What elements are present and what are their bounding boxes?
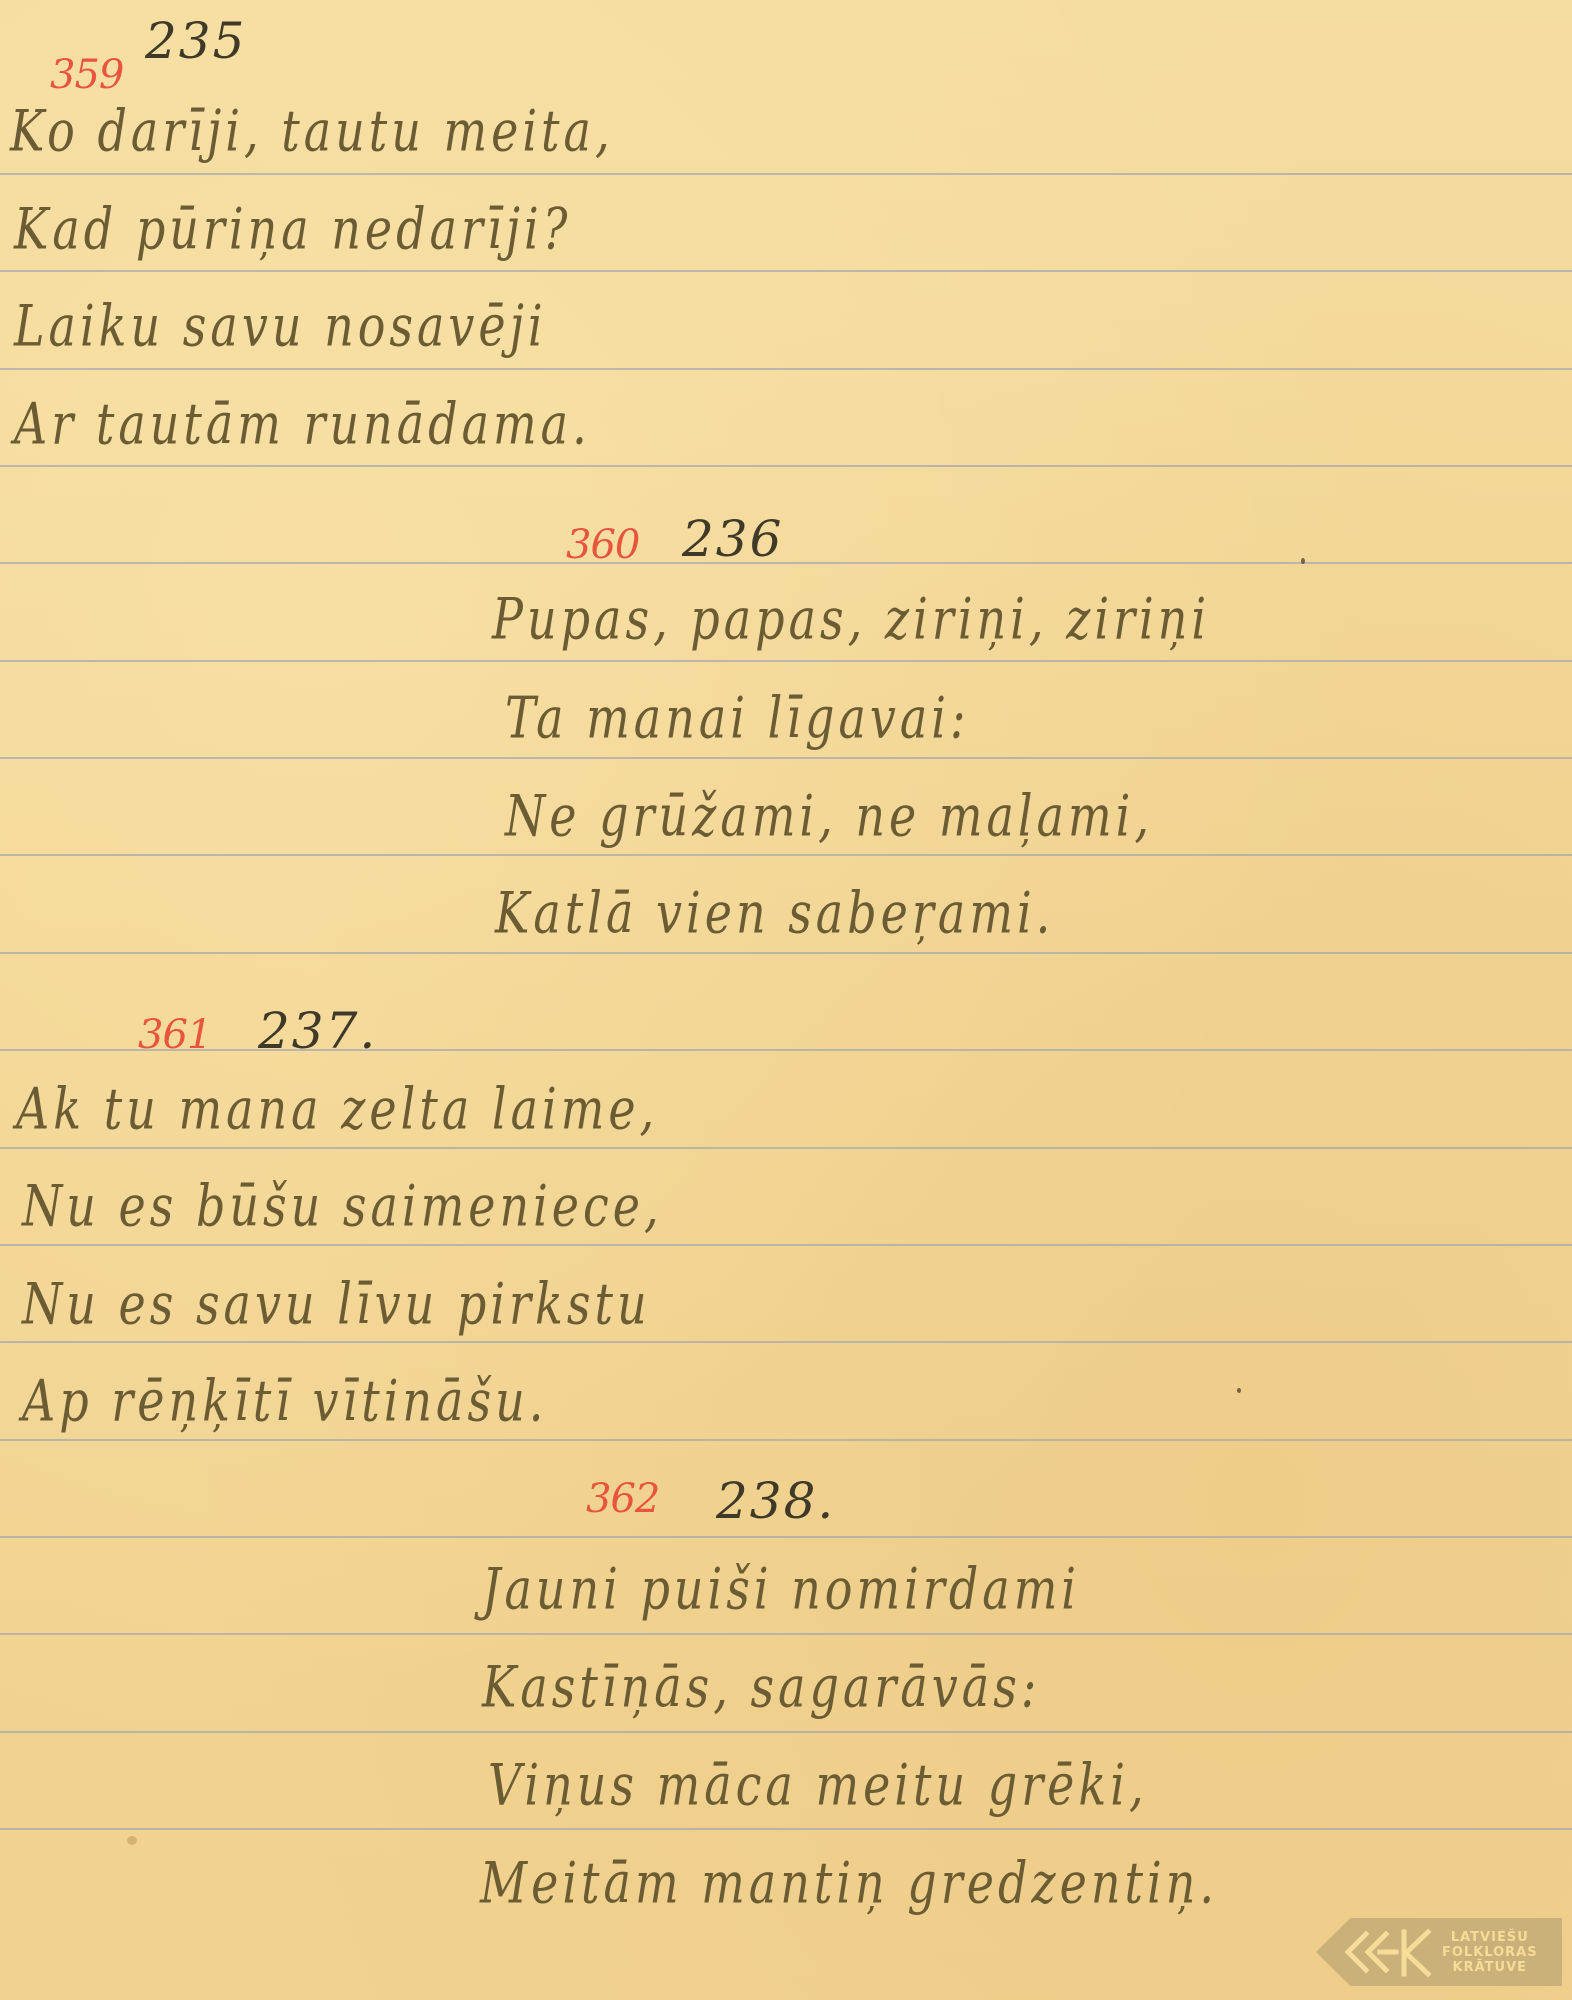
ruled-line [0, 1341, 1572, 1343]
archive-number-red: 362 [586, 1476, 659, 1522]
ruled-line [0, 660, 1572, 662]
song-number: 236 [682, 510, 783, 568]
verse-line: Ko darīji, tautu meita, [10, 97, 614, 165]
ruled-line [0, 270, 1572, 272]
ruled-line [0, 1536, 1572, 1538]
ruled-line [0, 368, 1572, 370]
paper-stain [1301, 558, 1305, 564]
verse-line: Katlā vien sabeŗami. [495, 879, 1054, 947]
verse-line: Nu es būšu saimeniece, [22, 1172, 663, 1240]
verse-line: Laiku savu nosavēji [14, 292, 547, 360]
manuscript-page: 359 235 Ko darīji, tautu meita, Kad pūri… [0, 0, 1572, 2000]
archive-number-red: 360 [566, 522, 639, 568]
archive-number-red: 361 [138, 1012, 211, 1058]
ruled-line [0, 1731, 1572, 1733]
ruled-line [0, 757, 1572, 759]
ruled-line [0, 1147, 1572, 1149]
ruled-line [0, 1439, 1572, 1441]
logo-line-1: LATVIEŠU [1442, 1930, 1538, 1945]
song-number: 238. [716, 1472, 835, 1530]
ruled-line [0, 854, 1572, 856]
archive-logo: LATVIEŠU FOLKLORAS KRĀTUVE [1316, 1918, 1562, 1986]
verse-line: Ap rēņķītī vītināšu. [22, 1367, 547, 1435]
logo-line-2: FOLKLORAS [1442, 1945, 1538, 1960]
verse-line: Jauni puiši nomirdami [482, 1555, 1080, 1623]
ruled-line [0, 562, 1572, 564]
ruled-line [0, 952, 1572, 954]
verse-line: Kad pūriņa nedarīji? [14, 195, 571, 263]
ruled-line [0, 1049, 1572, 1051]
verse-line: Viņus māca meitu grēki, [488, 1751, 1148, 1819]
ruled-line [0, 1633, 1572, 1635]
paper-stain [1237, 1388, 1241, 1393]
verse-line: Ta manai līgavai: [505, 684, 970, 752]
ruled-line [0, 1828, 1572, 1830]
archive-number-red: 359 [50, 52, 123, 98]
ruled-line [0, 173, 1572, 175]
verse-line: Kastīņās, sagarāvās: [482, 1653, 1040, 1721]
verse-line: Nu es savu līvu pirkstu [22, 1270, 651, 1338]
ruled-line [0, 1244, 1572, 1246]
verse-line: Meitām mantiņ gredzentiņ. [480, 1849, 1218, 1917]
song-number: 235 [145, 12, 246, 70]
verse-line: Ak tu mana zelta laime, [16, 1075, 658, 1143]
logo-text: LATVIEŠU FOLKLORAS KRĀTUVE [1442, 1930, 1538, 1975]
logo-line-3: KRĀTUVE [1442, 1960, 1538, 1975]
verse-line: Pupas, papas, ziriņi, ziriņi [492, 585, 1210, 653]
verse-line: Ar tautām runādama. [14, 390, 591, 458]
paper-stain [127, 1836, 137, 1845]
ruled-line [0, 465, 1572, 467]
logo-chevrons-k-icon [1338, 1926, 1438, 1978]
verse-line: Ne grūžami, ne maļami, [505, 782, 1153, 850]
song-number: 237. [258, 1002, 377, 1060]
